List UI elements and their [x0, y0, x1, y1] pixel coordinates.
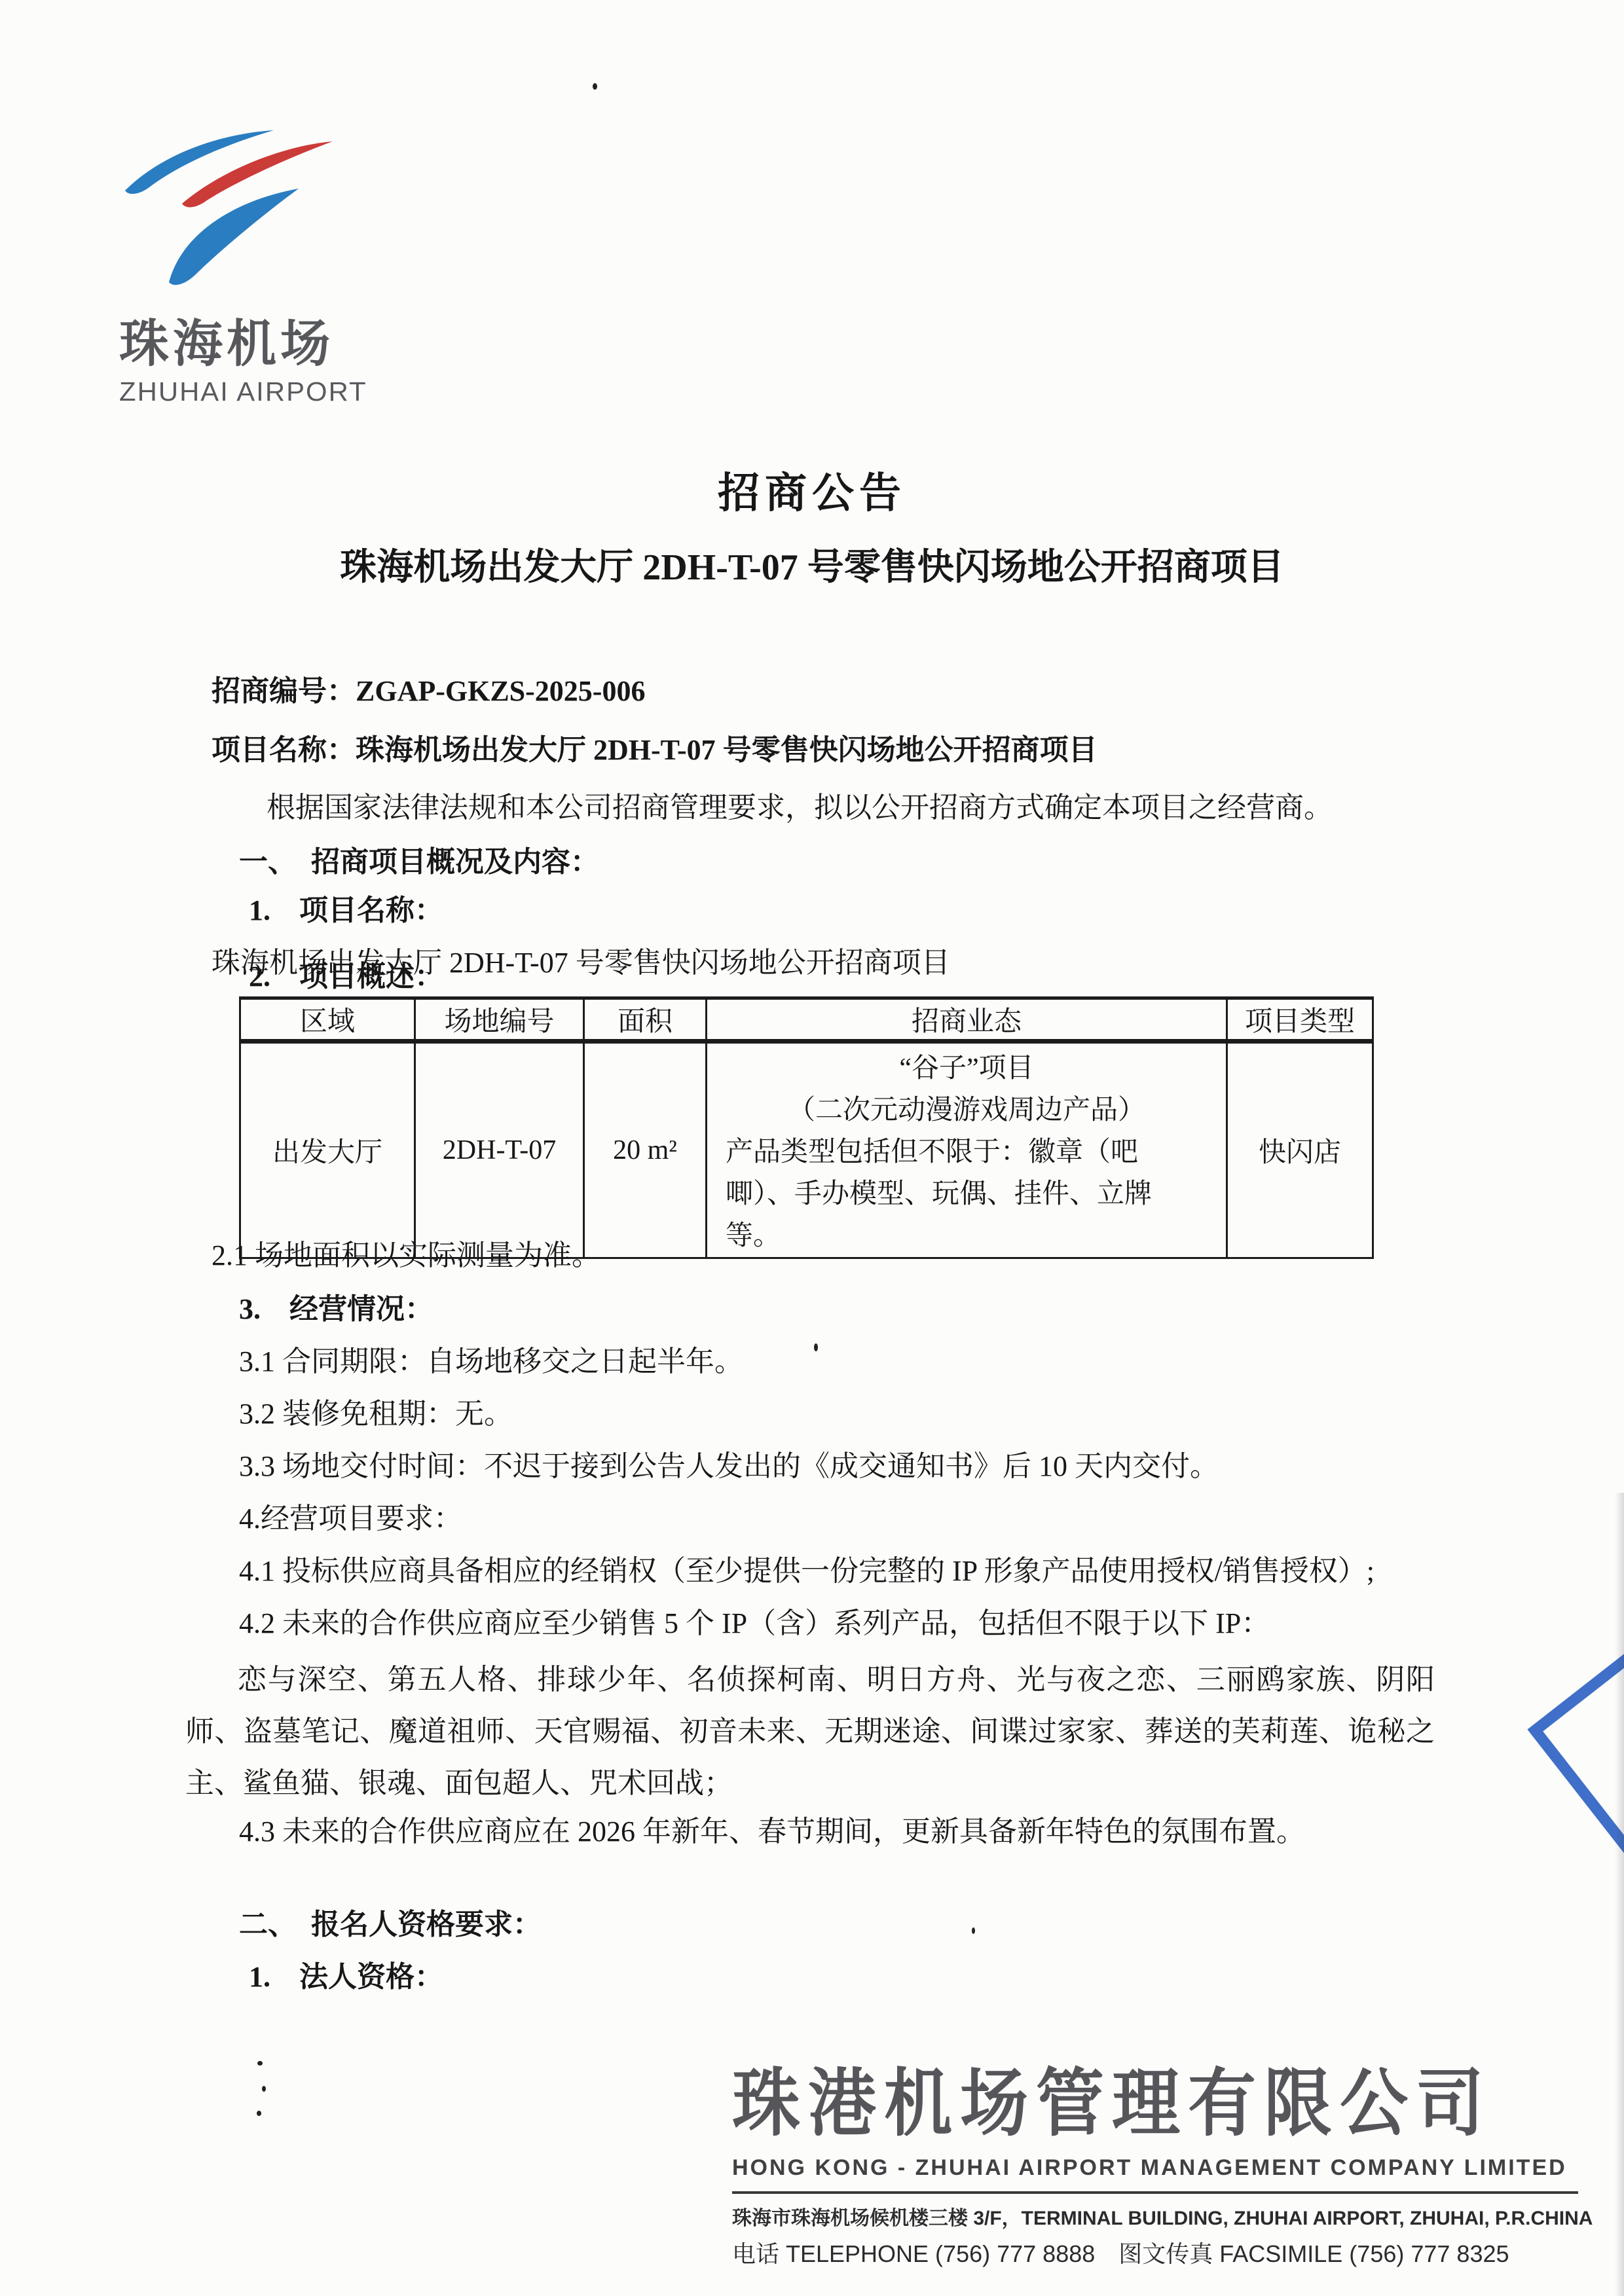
- project-overview-table: 区域 场地编号 面积 招商业态 项目类型 出发大厅 2DH-T-07 20 m²…: [239, 996, 1374, 1259]
- project-name-line: 项目名称：珠海机场出发大厅 2DH-T-07 号零售快闪场地公开招商项目: [212, 732, 1098, 768]
- zhuhai-airport-logo: 珠海机场 ZHUHAI AIRPORT: [119, 128, 342, 407]
- note-3-1: 3.1 合同期限：自场地移交之日起半年。: [239, 1343, 743, 1379]
- business-line-5: 等。: [726, 1215, 1208, 1257]
- header-site-no: 场地编号: [415, 998, 584, 1042]
- logo-cn-text: 珠海机场: [119, 303, 342, 376]
- blue-registry-stamp: 新 文: [1527, 1554, 1624, 1953]
- business-line-3: 产品类型包括但不限于：徽章（吧: [726, 1131, 1208, 1173]
- cell-type: 快闪店: [1227, 1042, 1373, 1258]
- business-line-1: “谷子”项目: [726, 1048, 1208, 1089]
- footer-phone-fax: 电话 TELEPHONE (756) 777 8888 图文传真 FACSIMI…: [732, 2236, 1583, 2269]
- section-2-item-1: 1. 法人资格：: [249, 1959, 443, 1995]
- airport-swoosh-icon: [123, 128, 339, 292]
- note-4-1: 4.1 投标供应商具备相应的经销权（至少提供一份完整的 IP 形象产品使用授权/…: [239, 1553, 1375, 1589]
- table-header-row: 区域 场地编号 面积 招商业态 项目类型: [240, 998, 1373, 1042]
- page-subtitle: 珠海机场出发大厅 2DH-T-07 号零售快闪场地公开招商项目: [0, 538, 1624, 591]
- page-title: 招商公告: [0, 460, 1624, 520]
- scan-edge-shadow: [1615, 1493, 1624, 2296]
- company-footer: 珠港机场管理有限公司 HONG KONG - ZHUHAI AIRPORT MA…: [732, 2044, 1583, 2269]
- scan-speck: [972, 1927, 975, 1934]
- cell-business: “谷子”项目 （二次元动漫游戏周边产品） 产品类型包括但不限于：徽章（吧 唧）、…: [707, 1042, 1227, 1258]
- table-row: 出发大厅 2DH-T-07 20 m² “谷子”项目 （二次元动漫游戏周边产品）…: [240, 1042, 1373, 1258]
- tender-code-line: 招商编号：ZGAP-GKZS-2025-006: [212, 673, 645, 709]
- note-3-3: 3.3 场地交付时间：不迟于接到公告人发出的《成交通知书》后 10 天内交付。: [239, 1448, 1219, 1484]
- section-2-heading: 二、 报名人资格要求：: [239, 1906, 542, 1942]
- ip-list-paragraph: 恋与深空、第五人格、排球少年、名侦探柯南、明日方舟、光与夜之恋、三丽鸥家族、阴阳…: [185, 1654, 1435, 1809]
- header-size: 面积: [584, 998, 707, 1042]
- scan-speck: [257, 2061, 263, 2066]
- cell-site-no: 2DH-T-07: [415, 1042, 584, 1258]
- cell-area: 出发大厅: [240, 1042, 415, 1258]
- document-page: 珠海机场 ZHUHAI AIRPORT 招商公告 珠海机场出发大厅 2DH-T-…: [0, 0, 1624, 2296]
- header-type: 项目类型: [1227, 998, 1373, 1042]
- footer-divider: [732, 2191, 1578, 2194]
- scan-speck: [257, 2111, 261, 2116]
- footer-company-name-en: HONG KONG - ZHUHAI AIRPORT MANAGEMENT CO…: [732, 2155, 1583, 2181]
- scan-speck: [262, 2086, 266, 2092]
- note-4-2: 4.2 未来的合作供应商应至少销售 5 个 IP（含）系列产品，包括但不限于以下…: [239, 1605, 1270, 1641]
- note-2-1: 2.1 场地面积以实际测量为准。: [212, 1237, 600, 1273]
- footer-address: 珠海市珠海机场候机楼三楼 3/F，TERMINAL BUILDING, ZHUH…: [732, 2202, 1583, 2231]
- item-2-heading: 2. 项目概述：: [249, 958, 443, 994]
- note-4-3: 4.3 未来的合作供应商应在 2026 年新年、春节期间，更新具备新年特色的氛围…: [239, 1813, 1305, 1850]
- item-1-heading: 1. 项目名称：: [249, 892, 443, 928]
- header-area: 区域: [240, 998, 415, 1042]
- business-line-4: 唧）、手办模型、玩偶、挂件、立牌: [726, 1173, 1208, 1215]
- section-3-heading: 3. 经营情况：: [239, 1291, 434, 1327]
- business-line-2: （二次元动漫游戏周边产品）: [726, 1089, 1208, 1131]
- note-3-2: 3.2 装修免租期：无。: [239, 1396, 513, 1432]
- scan-speck: [593, 83, 597, 90]
- intro-paragraph: 根据国家法律法规和本公司招商管理要求，拟以公开招商方式确定本项目之经营商。: [267, 790, 1333, 826]
- section-4-heading: 4.经营项目要求：: [239, 1501, 462, 1537]
- cell-size: 20 m²: [584, 1042, 707, 1258]
- logo-en-text: ZHUHAI AIRPORT: [119, 376, 346, 407]
- scan-speck: [814, 1343, 818, 1351]
- section-1-heading: 一、 招商项目概况及内容：: [239, 844, 599, 880]
- footer-company-name-cn: 珠港机场管理有限公司: [732, 2044, 1583, 2150]
- header-business: 招商业态: [707, 998, 1227, 1042]
